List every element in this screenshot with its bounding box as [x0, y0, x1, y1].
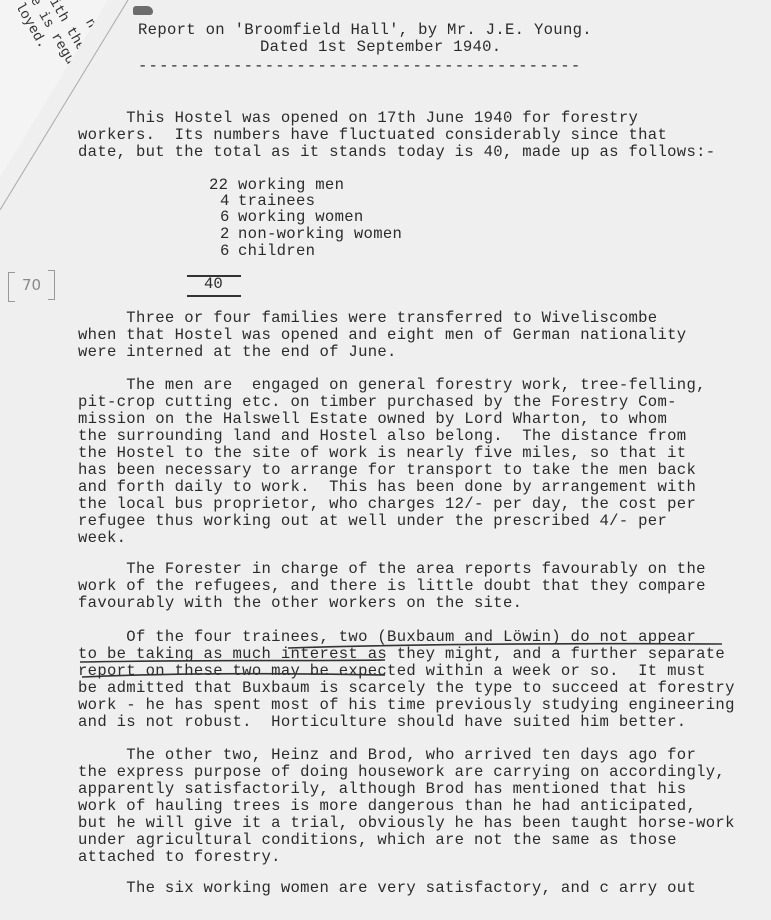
bracket-left [8, 272, 15, 302]
text-line: Three or four families were transferred … [78, 310, 657, 327]
text-line: apparently satisfactorily, although Brod… [78, 781, 686, 798]
clipping-line: nts for pa [80, 16, 137, 97]
header-rule: ----------------------------------------… [138, 58, 581, 75]
text-line: attached to forestry. [78, 849, 281, 866]
text-line: work of hauling trees is more dangerous … [78, 798, 696, 815]
breakdown-count: 2 [220, 226, 230, 243]
text-line: The other two, Heinz and Brod, who arriv… [78, 747, 696, 764]
text-line: has been necessary to arrange for transp… [78, 462, 696, 479]
breakdown-count: 6 [220, 209, 230, 226]
text-line: the surrounding land and Hostel also bel… [78, 428, 686, 445]
text-line: when that Hostel was opened and eight me… [78, 327, 686, 344]
report-title: Report on 'Broomfield Hall', by Mr. J.E.… [138, 22, 592, 39]
paper-clip-icon [133, 6, 153, 15]
text-line: The men are engaged on general forestry … [78, 377, 706, 394]
text-line: mission on the Halswell Estate owned by … [78, 411, 667, 428]
document-page: settle aid fortn nts for pa with the pol… [0, 0, 771, 920]
text-line: the local bus proprietor, who charges 12… [78, 496, 696, 513]
text-line: were interned at the end of June. [78, 344, 397, 361]
text-line: The six working women are very satisfact… [78, 880, 696, 897]
breakdown-label: children [238, 243, 315, 260]
total-rule-bottom [187, 295, 241, 297]
bracket-right [48, 270, 55, 300]
breakdown-label: working women [238, 209, 364, 226]
text-line: work - he has spent most of his time pre… [78, 697, 735, 714]
breakdown-count: 6 [220, 243, 230, 260]
text-line: refugee thus working out at well under t… [78, 513, 667, 530]
breakdown-total: 40 [187, 275, 241, 297]
total-value: 40 [204, 276, 223, 293]
text-line: favourably with the other workers on the… [78, 595, 522, 612]
annotation-text: 70 [22, 276, 41, 294]
text-line: be admitted that Buxbaum is scarcely the… [78, 680, 735, 697]
text-line: date, but the total as it stands today i… [78, 144, 715, 161]
text-line: work of the refugees, and there is littl… [78, 578, 706, 595]
report-date: Dated 1st September 1940. [260, 39, 501, 56]
text-line: but he will give it a trial, obviously h… [78, 815, 735, 832]
text-line: and forth daily to work. This has been d… [78, 479, 696, 496]
text-line: The Forester in charge of the area repor… [78, 561, 706, 578]
text-line: the Hostel to the site of work is nearly… [78, 445, 686, 462]
text-line: and is not robust. Horticulture should h… [78, 714, 686, 731]
text-line: report on these two may be expected with… [78, 663, 706, 680]
text-line: to be taking as much interest as they mi… [78, 646, 725, 663]
text-line: This Hostel was opened on 17th June 1940… [78, 110, 638, 127]
breakdown-label: non-working women [238, 226, 402, 243]
margin-annotation: 70 [6, 270, 58, 302]
text-line: under agricultural conditions, which are… [78, 832, 677, 849]
text-line: week. [78, 530, 126, 547]
text-line: pit-crop cutting etc. on timber purchase… [78, 394, 677, 411]
text-line: Of the four trainees, two (Buxbaum and L… [78, 629, 696, 646]
text-line: workers. Its numbers have fluctuated con… [78, 127, 667, 144]
text-line: the express purpose of doing housework a… [78, 764, 725, 781]
